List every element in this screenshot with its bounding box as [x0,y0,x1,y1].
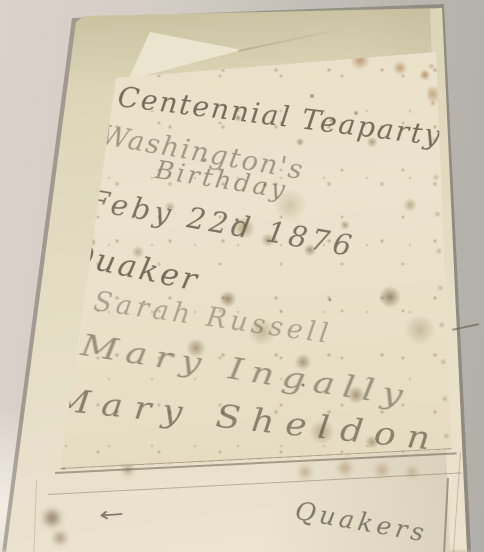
left-arrow-mark: ← [97,501,126,527]
photo-of-handwritten-note: Centennial Teaparty Washington's Birthda… [0,0,484,552]
bottom-smudges [0,0,484,552]
